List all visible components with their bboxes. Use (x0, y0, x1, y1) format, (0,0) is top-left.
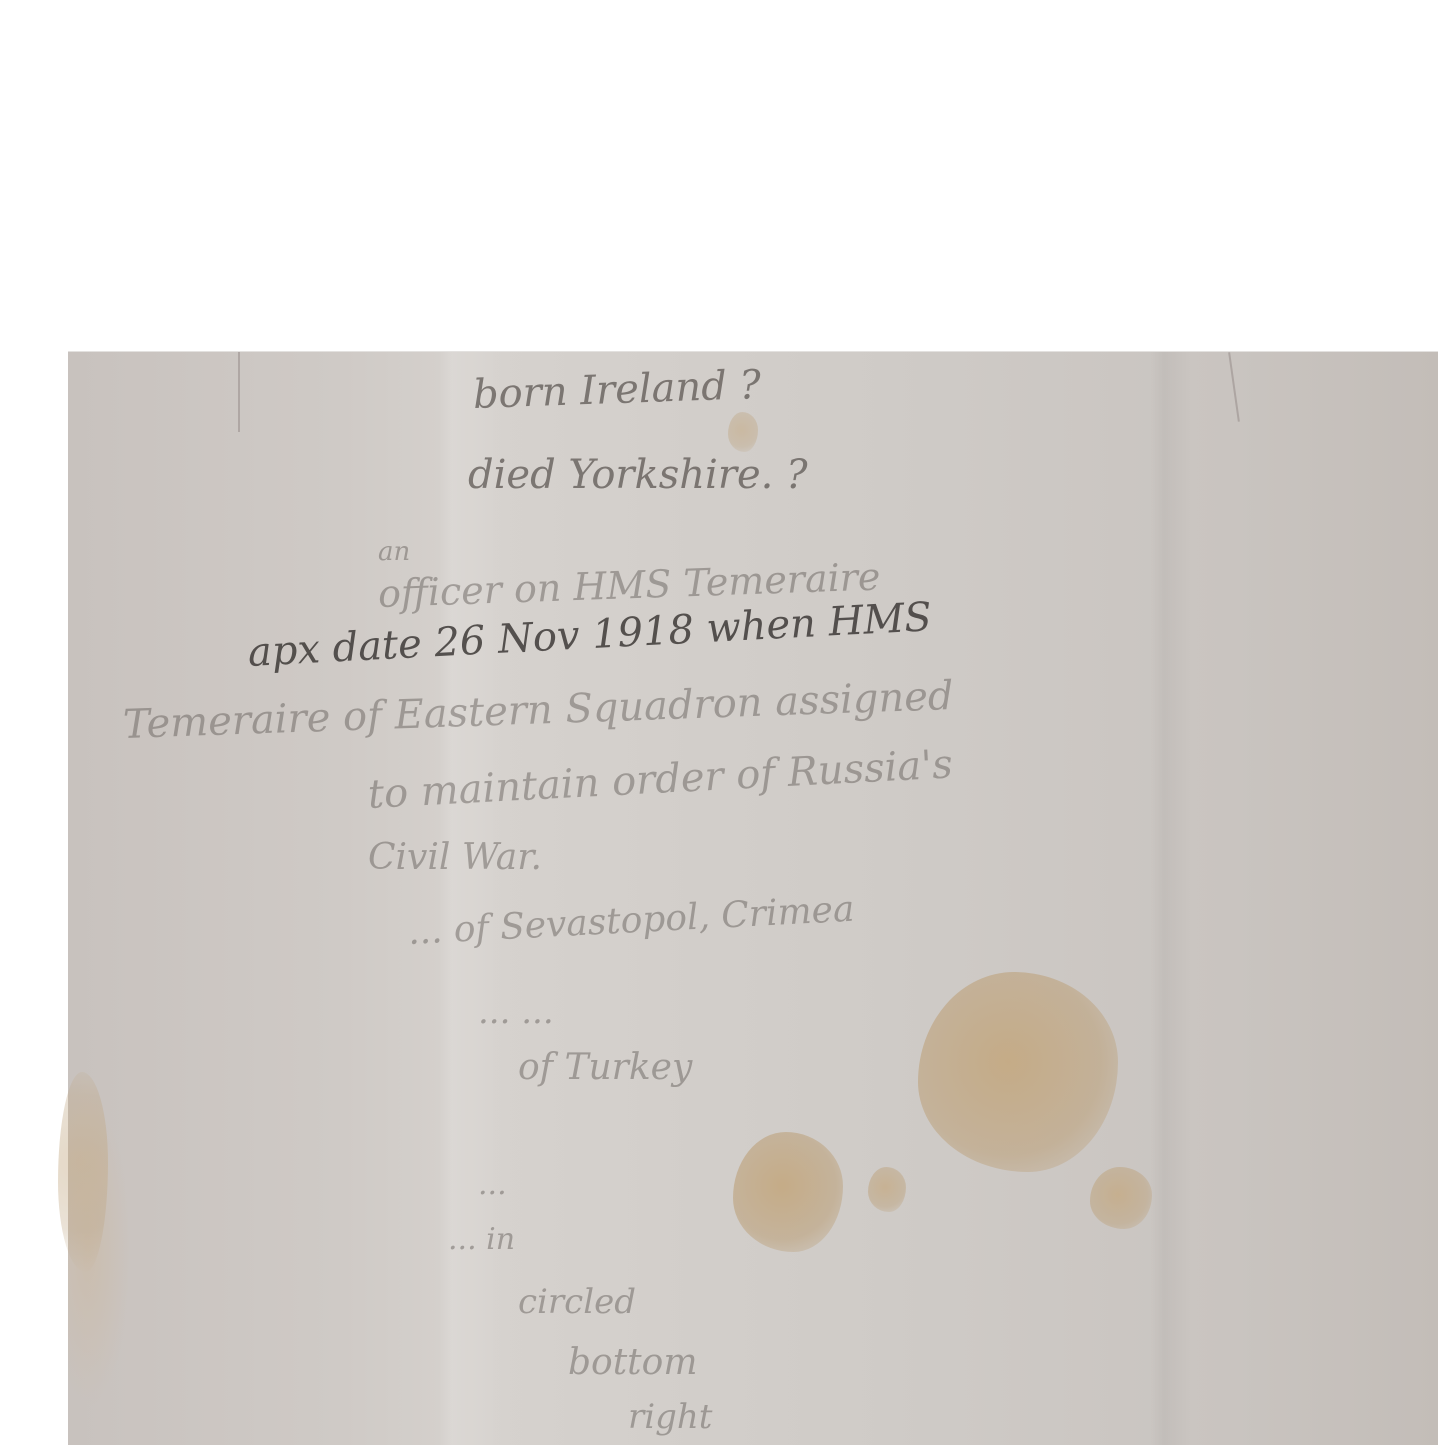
aged-paper-sheet: born Ireland ? died Yorkshire. ? an offi… (68, 352, 1438, 1445)
note-line-sevastopol: ... of Sevastopol, Crimea (407, 889, 855, 953)
water-stain (733, 1132, 843, 1252)
water-stain (868, 1167, 906, 1212)
note-line-right: right (628, 1397, 712, 1437)
note-line-unclear: ... ... (478, 992, 554, 1032)
note-line-died: died Yorkshire. ? (468, 452, 808, 498)
note-line-born: born Ireland ? (472, 362, 761, 418)
note-line-bottom: bottom (568, 1342, 697, 1383)
water-stain (1090, 1167, 1152, 1229)
note-line-order: to maintain order of Russia's (367, 741, 954, 818)
note-line-an: an (378, 537, 410, 567)
large-water-stain (918, 972, 1118, 1172)
paper-crease (1228, 352, 1240, 422)
note-line-unclear-in: ... in (448, 1222, 515, 1257)
edge-stain (58, 1072, 108, 1272)
small-stain (728, 412, 758, 452)
note-line-squadron: Temeraire of Eastern Squadron assigned (122, 673, 954, 748)
note-line-war: Civil War. (368, 837, 542, 878)
paper-crease (238, 352, 240, 432)
note-line-turkey: of Turkey (518, 1047, 692, 1088)
note-line-unclear: ... (478, 1167, 507, 1202)
note-line-circled: circled (518, 1282, 636, 1322)
